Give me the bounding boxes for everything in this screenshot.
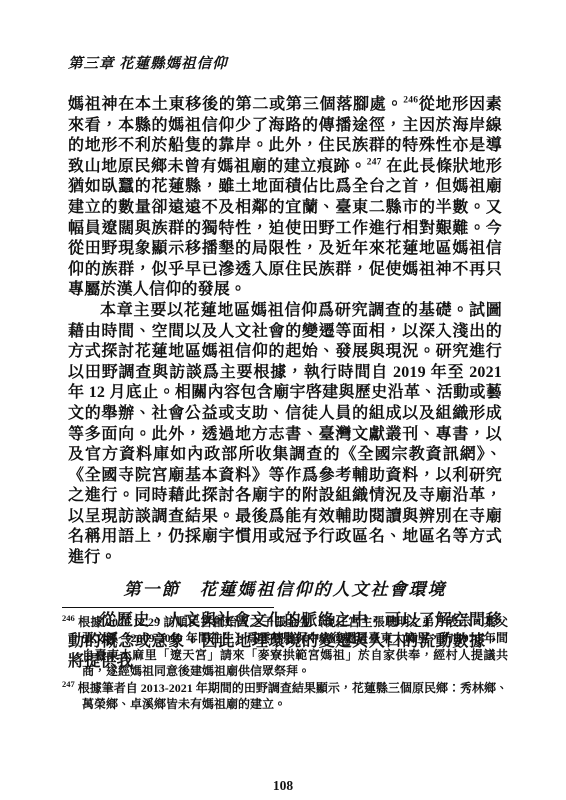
footnote-247: 247根據筆者自 2013-2021 年期間的田野調查結果顯示，花蓮縣三個原民鄉… [62,680,508,713]
footnote-246-number: 246 [62,613,75,623]
footnote-separator-rule [62,607,274,608]
document-page: 第三章 花蓮縣媽祖信仰 媽祖神在本土東移後的第二或第三個落腳處。246從地形因素… [0,0,566,800]
section-heading: 第一節 花蓮媽祖信仰的人文社會環境 [68,580,502,601]
footnote-247-number: 247 [62,679,75,689]
footnote-246-text: 根據 2020.12.29 訪順民宮創始人之子張金生（現任宮主張聰明之弟）表示，… [78,615,508,678]
footnote-area: 246根據 2020.12.29 訪順民宮創始人之子張金生（現任宮主張聰明之弟）… [62,607,508,712]
paragraph-1-text-c: 在此長條狀地形猶如臥蠶的花蓮縣，雖土地面積佔比爲全台之首，但媽祖廟建立的數量卻遠… [68,158,502,299]
running-header: 第三章 花蓮縣媽祖信仰 [68,52,502,73]
footnote-247-text: 根據筆者自 2013-2021 年期間的田野調查結果顯示，花蓮縣三個原民鄉：秀林… [78,681,508,711]
paragraph-2: 本章主要以花蓮地區媽祖信仰爲研究調查的基礎。試圖藉由時間、空間以及人文社會的變遷… [68,301,502,569]
footnote-ref-246: 246 [403,96,418,106]
text-column: 第三章 花蓮縣媽祖信仰 媽祖神在本土東移後的第二或第三個落腳處。246從地形因素… [68,52,502,673]
footnote-246: 246根據 2020.12.29 訪順民宮創始人之子張金生（現任宮主張聰明之弟）… [62,614,508,680]
body-text: 媽祖神在本土東移後的第二或第三個落腳處。246從地形因素來看，本縣的媽祖信仰少了… [68,95,502,673]
footnote-ref-247: 247 [367,157,382,167]
paragraph-1-text-a: 媽祖神在本土東移後的第二或第三個落腳處。 [68,96,403,113]
page-number: 108 [0,778,566,794]
paragraph-1: 媽祖神在本土東移後的第二或第三個落腳處。246從地形因素來看，本縣的媽祖信仰少了… [68,95,502,301]
